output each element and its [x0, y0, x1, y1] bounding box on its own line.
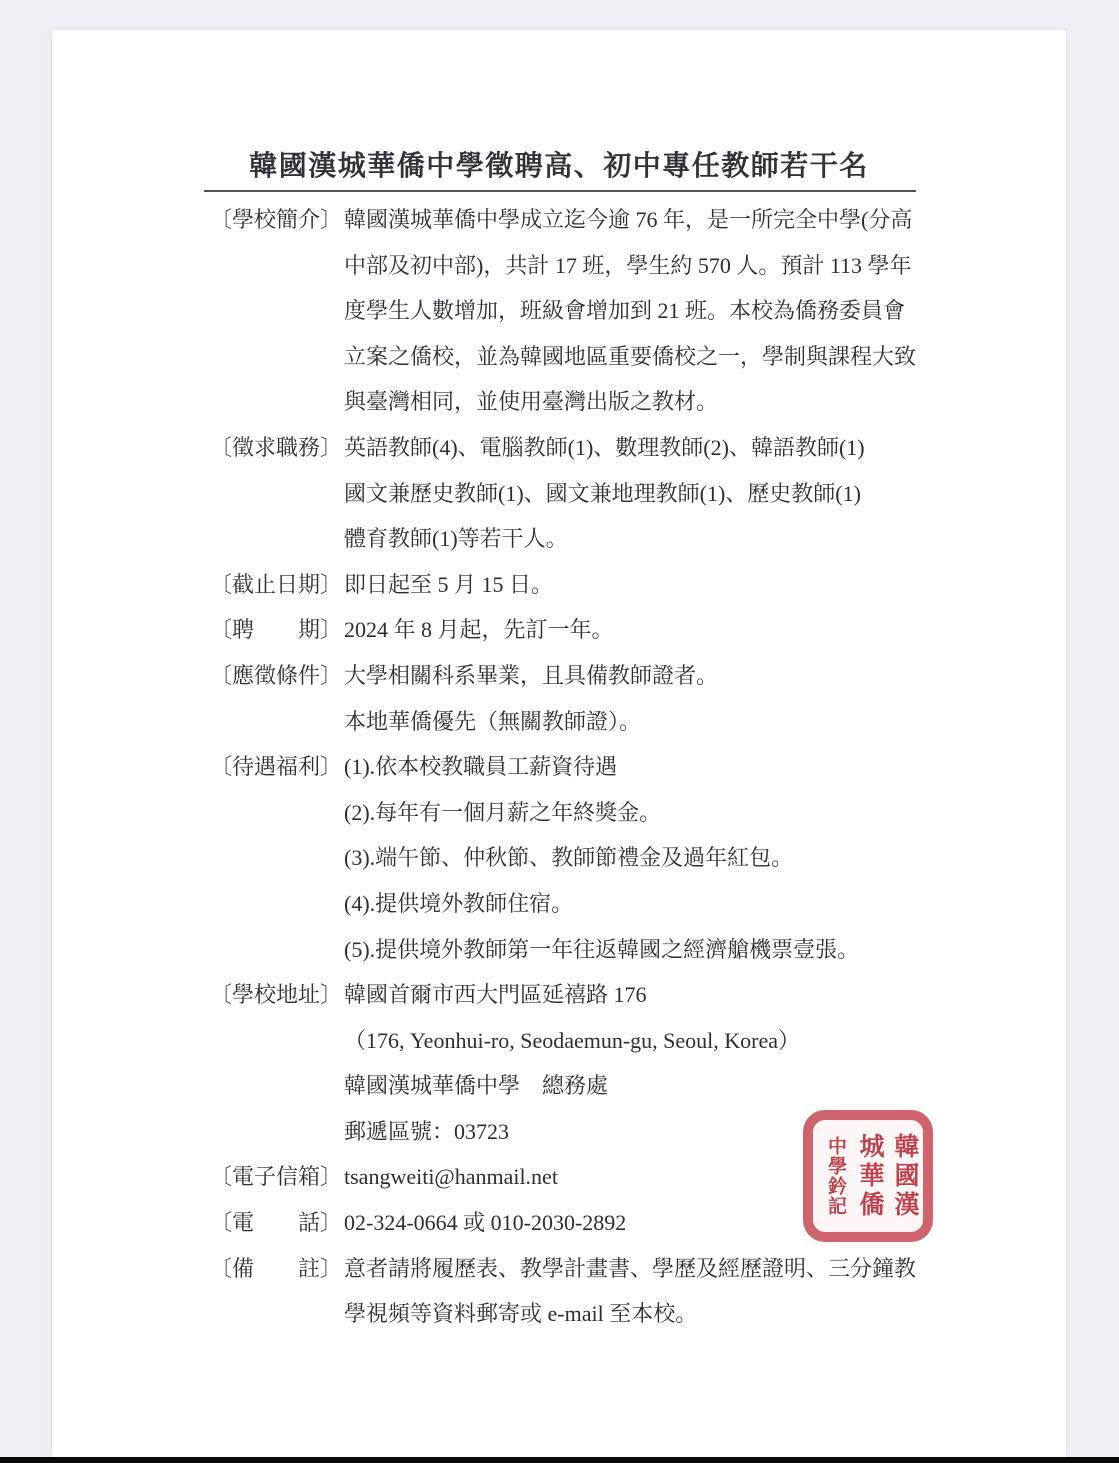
- section-label: 〔待遇福利〕: [210, 744, 344, 790]
- text-line: 本地華僑優先（無關教師證）。: [344, 699, 955, 745]
- section-label: 〔學校地址〕: [210, 972, 344, 1018]
- section-label: 〔電子信箱〕: [210, 1154, 344, 1200]
- document-title: 韓國漢城華僑中學徵聘高、初中專任教師若干名: [52, 144, 1066, 184]
- text-line: 立案之僑校，並為韓國地區重要僑校之一，學制與課程大致: [344, 334, 955, 380]
- section-positions: 〔徵求職務〕 英語教師(4)、電腦教師(1)、數理教師(2)、韓語教師(1) 國…: [210, 425, 955, 562]
- school-seal-stamp: 韓國漢 城華僑 中學鈐記: [803, 1110, 933, 1242]
- text-line: (4).提供境外教師住宿。: [344, 881, 955, 927]
- text-line: (5).提供境外教師第一年往返韓國之經濟艙機票壹張。: [344, 927, 955, 973]
- section-content: 意者請將履歷表、教學計畫書、學歷及經歷證明、三分鐘教 學視頻等資料郵寄或 e-m…: [344, 1246, 955, 1337]
- text-line: 韓國漢城華僑中學成立迄今逾 76 年，是一所完全中學(分高: [344, 197, 955, 243]
- section-label: 〔截止日期〕: [210, 562, 344, 608]
- title-divider: [204, 190, 916, 192]
- text-line: 意者請將履歷表、教學計畫書、學歷及經歷證明、三分鐘教: [344, 1246, 955, 1292]
- text-line: 韓國首爾市西大門區延禧路 176: [344, 972, 955, 1018]
- text-line: （176, Yeonhui-ro, Seodaemun-gu, Seoul, K…: [344, 1018, 955, 1064]
- seal-text: 韓國漢 城華僑 中學鈐記: [813, 1120, 923, 1232]
- text-line: 韓國漢城華僑中學 總務處: [344, 1063, 955, 1109]
- section-content: 英語教師(4)、電腦教師(1)、數理教師(2)、韓語教師(1) 國文兼歷史教師(…: [344, 425, 955, 562]
- section-label: 〔備 註〕: [210, 1246, 344, 1292]
- text-line: (1).依本校教職員工薪資待遇: [344, 744, 955, 790]
- text-line: (3).端午節、仲秋節、教師節禮金及過年紅包。: [344, 835, 955, 881]
- text-line: 即日起至 5 月 15 日。: [344, 562, 955, 608]
- section-content: (1).依本校教職員工薪資待遇 (2).每年有一個月薪之年終獎金。 (3).端午…: [344, 744, 955, 972]
- text-line: 體育教師(1)等若干人。: [344, 516, 955, 562]
- section-benefits: 〔待遇福利〕 (1).依本校教職員工薪資待遇 (2).每年有一個月薪之年終獎金。…: [210, 744, 955, 972]
- text-line: 度學生人數增加，班級會增加到 21 班。本校為僑務委員會: [344, 288, 955, 334]
- text-line: 學視頻等資料郵寄或 e-mail 至本校。: [344, 1291, 955, 1337]
- text-line: 大學相關科系畢業，且具備教師證者。: [344, 653, 955, 699]
- section-term: 〔聘 期〕 2024 年 8 月起，先訂一年。: [210, 607, 955, 653]
- seal-column: 韓國漢: [887, 1123, 922, 1229]
- section-label: 〔徵求職務〕: [210, 425, 344, 471]
- section-requirements: 〔應徵條件〕 大學相關科系畢業，且具備教師證者。 本地華僑優先（無關教師證）。: [210, 653, 955, 744]
- text-line: 與臺灣相同，並使用臺灣出版之教材。: [344, 379, 955, 425]
- text-line: (2).每年有一個月薪之年終獎金。: [344, 790, 955, 836]
- section-content: 大學相關科系畢業，且具備教師證者。 本地華僑優先（無關教師證）。: [344, 653, 955, 744]
- document-page: 韓國漢城華僑中學徵聘高、初中專任教師若干名 〔學校簡介〕 韓國漢城華僑中學成立迄…: [52, 30, 1066, 1457]
- photo-background: 韓國漢城華僑中學徵聘高、初中專任教師若干名 〔學校簡介〕 韓國漢城華僑中學成立迄…: [0, 0, 1119, 1463]
- seal-column: 中學鈐記: [818, 1123, 852, 1229]
- section-label: 〔學校簡介〕: [210, 197, 344, 243]
- section-school-intro: 〔學校簡介〕 韓國漢城華僑中學成立迄今逾 76 年，是一所完全中學(分高 中部及…: [210, 197, 955, 425]
- section-notes: 〔備 註〕 意者請將履歷表、教學計畫書、學歷及經歷證明、三分鐘教 學視頻等資料郵…: [210, 1246, 955, 1337]
- text-line: 2024 年 8 月起，先訂一年。: [344, 607, 955, 653]
- section-deadline: 〔截止日期〕 即日起至 5 月 15 日。: [210, 562, 955, 608]
- seal-column: 城華僑: [852, 1123, 887, 1229]
- text-line: 中部及初中部)，共計 17 班，學生約 570 人。預計 113 學年: [344, 243, 955, 289]
- section-label: 〔應徵條件〕: [210, 653, 344, 699]
- text-line: 國文兼歷史教師(1)、國文兼地理教師(1)、歷史教師(1): [344, 471, 955, 517]
- section-content: 即日起至 5 月 15 日。: [344, 562, 955, 608]
- bottom-black-bar: [0, 1457, 1119, 1463]
- text-line: 英語教師(4)、電腦教師(1)、數理教師(2)、韓語教師(1): [344, 425, 955, 471]
- section-content: 2024 年 8 月起，先訂一年。: [344, 607, 955, 653]
- section-label: 〔聘 期〕: [210, 607, 344, 653]
- section-content: 韓國漢城華僑中學成立迄今逾 76 年，是一所完全中學(分高 中部及初中部)，共計…: [344, 197, 955, 425]
- section-label: 〔電 話〕: [210, 1200, 344, 1246]
